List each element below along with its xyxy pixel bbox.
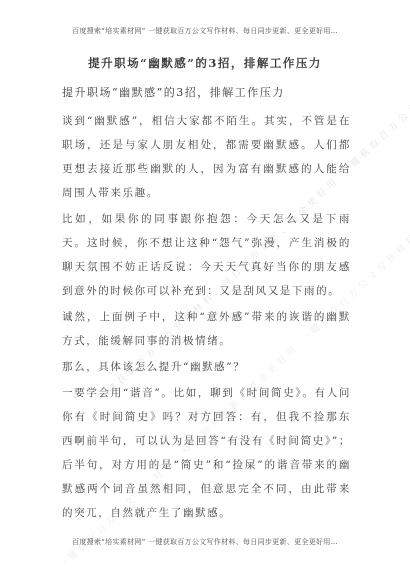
document-title: 提升职场“幽默感”的3招，排解工作压力 (0, 55, 410, 71)
paragraph: 那么，具体该怎么提升“幽默感”？ (62, 355, 351, 379)
paragraph: 诚然，上面例子中，这种“意外感”带来的诙谐的幽默方式，能缓解同事的消极情绪。 (62, 305, 351, 353)
document-body: 提升职场“幽默感”的3招，排解工作压力 谈到“幽默感”，相信大家都不陌生。其实，… (62, 84, 351, 527)
paragraph: 比如，如果你的同事跟你抱怨：今天怎么又是下雨天。这时候，你不想让这种“怨气”弥漫… (62, 207, 351, 303)
paragraph: 谈到“幽默感”，相信大家都不陌生。其实，不管是在职场，还是与家人朋友相处，都需要… (62, 109, 351, 205)
document-page: 一键获取百万公文写作材料、每日同步更新、更全更好用 一键获取百万公文写作材料、每… (0, 0, 410, 580)
section-heading: 提升职场“幽默感”的3招，排解工作压力 (62, 84, 351, 100)
header-promo-note: 百度搜索“培实素材网” 一键获取百万公文写作材料、每日同步更新、更全更好用… (0, 26, 410, 36)
paragraph: 一要学会用“谐音”。比如，聊到《时间简史》。有人问你有《时间简史》吗？对方回答：… (62, 381, 351, 525)
footer-promo-note: 百度搜索“培实素材网” 一键获取百万公文写作材料、每日同步更新、更全更好用… (0, 537, 410, 547)
